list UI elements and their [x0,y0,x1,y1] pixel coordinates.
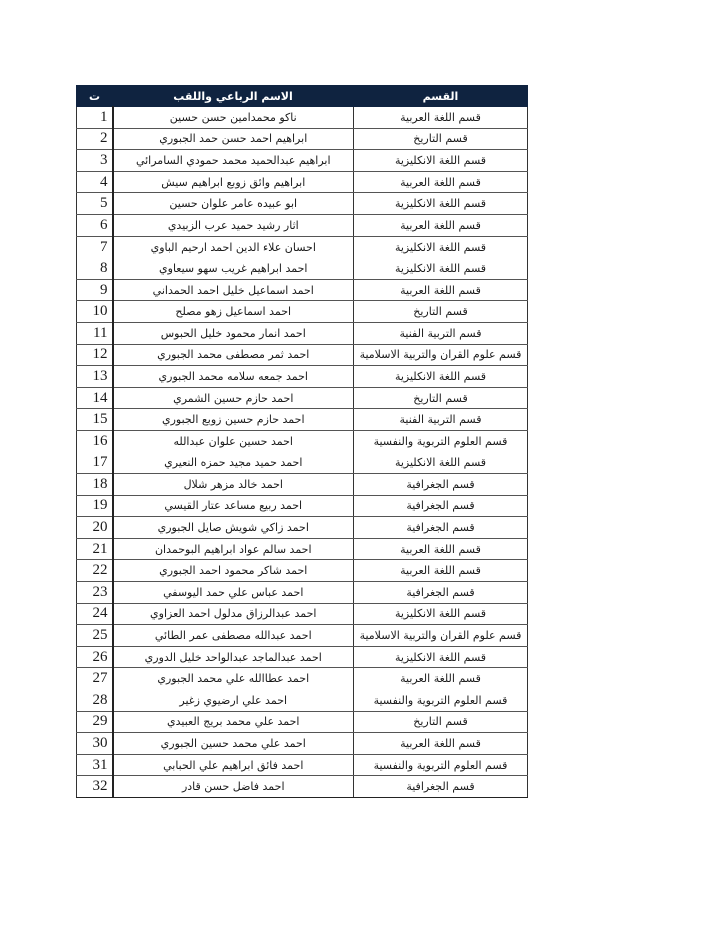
table-row: 23احمد عباس علي حمد اليوسفيقسم الجغرافية [77,582,528,604]
table-row: 24احمد عبدالرزاق مدلول احمد العزاويقسم ا… [77,603,528,625]
department: قسم العلوم التربوية والنفسية [354,754,528,776]
department: قسم التاريخ [354,128,528,150]
row-number: 3 [77,150,113,172]
student-name: احمد عباس علي حمد اليوسفي [113,582,354,604]
table-row: 11احمد انمار محمود خليل الحبوسقسم التربي… [77,322,528,344]
student-name: احمد علي محمد بريج العبيدي [113,711,354,733]
department: قسم اللغة الانكليزية [354,236,528,258]
students-table: ت الاسم الرباعي واللقب القسم 1ناكو محمدا… [76,85,528,798]
table-row: 31احمد فائق ابراهيم علي الحبابيقسم العلو… [77,754,528,776]
row-number: 7 [77,236,113,258]
table-row: 14احمد حازم حسين الشمريقسم التاريخ [77,387,528,409]
department: قسم الجغرافية [354,517,528,539]
row-number: 22 [77,560,113,582]
table-row: 1ناكو محمدامين حسن حسينقسم اللغة العربية [77,107,528,129]
department: قسم الجغرافية [354,582,528,604]
table-row: 16احمد حسين علوان عبداللهقسم العلوم التر… [77,430,528,452]
table-header: ت الاسم الرباعي واللقب القسم [77,86,528,107]
department: قسم اللغة الانكليزية [354,603,528,625]
row-number: 32 [77,776,113,798]
row-number: 20 [77,517,113,539]
row-number: 27 [77,668,113,690]
student-name: احمد انمار محمود خليل الحبوس [113,322,354,344]
row-number: 18 [77,474,113,496]
student-name: اثار رشيد حميد عرب الزبيدي [113,214,354,236]
student-name: احمد فائق ابراهيم علي الحبابي [113,754,354,776]
row-number: 5 [77,193,113,215]
department: قسم اللغة الانكليزية [354,258,528,280]
student-name: احمد عبدالرزاق مدلول احمد العزاوي [113,603,354,625]
table-row: 17احمد حميد مجيد حمزه النعيريقسم اللغة ا… [77,452,528,474]
table-row: 22احمد شاكر محمود احمد الجبوريقسم اللغة … [77,560,528,582]
row-number: 12 [77,344,113,366]
row-number: 21 [77,538,113,560]
table-row: 32احمد فاضل حسن قادرقسم الجغرافية [77,776,528,798]
student-name: احمد ابراهيم غريب سهو سيعاوي [113,258,354,280]
student-name: احمد جمعه سلامه محمد الجبوري [113,366,354,388]
row-number: 2 [77,128,113,150]
table-row: 9احمد اسماعيل خليل احمد الحمدانيقسم اللغ… [77,279,528,301]
table-row: 4ابراهيم وائق زوبع ابراهيم سيشقسم اللغة … [77,171,528,193]
table-row: 12احمد ثمر مصطفى محمد الجبوريقسم علوم ال… [77,344,528,366]
department: قسم اللغة العربية [354,171,528,193]
student-name: احمد اسماعيل زهو مصلح [113,301,354,323]
row-number: 8 [77,258,113,280]
row-number: 4 [77,171,113,193]
department: قسم اللغة الانكليزية [354,646,528,668]
row-number: 31 [77,754,113,776]
table-row: 18احمد خالد مزهر شلالقسم الجغرافية [77,474,528,496]
row-number: 17 [77,452,113,474]
row-number: 13 [77,366,113,388]
student-name: احمد علي محمد حسين الجبوري [113,733,354,755]
row-number: 19 [77,495,113,517]
department: قسم الجغرافية [354,495,528,517]
table-row: 29احمد علي محمد بريج العبيديقسم التاريخ [77,711,528,733]
header-number: ت [77,86,113,107]
table-row: 26احمد عبدالماجد عبدالواحد خليل الدوريقس… [77,646,528,668]
department: قسم اللغة العربية [354,279,528,301]
student-name: احمد علي ارضيوي زغير [113,690,354,712]
table-row: 10احمد اسماعيل زهو مصلحقسم التاريخ [77,301,528,323]
department: قسم التاريخ [354,301,528,323]
department: قسم اللغة الانكليزية [354,150,528,172]
row-number: 29 [77,711,113,733]
row-number: 14 [77,387,113,409]
department: قسم التاريخ [354,387,528,409]
student-name: احمد فاضل حسن قادر [113,776,354,798]
document-sheet: ت الاسم الرباعي واللقب القسم 1ناكو محمدا… [76,85,527,798]
department: قسم العلوم التربوية والنفسية [354,430,528,452]
department: قسم اللغة العربية [354,668,528,690]
header-row: ت الاسم الرباعي واللقب القسم [77,86,528,107]
department: قسم اللغة العربية [354,560,528,582]
table-row: 19احمد ربيع مساعد عتار القيسيقسم الجغراف… [77,495,528,517]
student-name: احمد حسين علوان عبدالله [113,430,354,452]
department: قسم التربية الفنية [354,322,528,344]
department: قسم اللغة العربية [354,733,528,755]
table-row: 21احمد سالم عواد ابراهيم البوحمدانقسم ال… [77,538,528,560]
student-name: احمد عبدالله مصطفى عمر الطائي [113,625,354,647]
department: قسم علوم القران والتربية الاسلامية [354,625,528,647]
department: قسم اللغة العربية [354,107,528,129]
student-name: ابراهيم عبدالحميد محمد حمودي السامرائي [113,150,354,172]
student-name: احمد حميد مجيد حمزه النعيري [113,452,354,474]
department: قسم اللغة العربية [354,538,528,560]
student-name: ابراهيم وائق زوبع ابراهيم سيش [113,171,354,193]
header-department: القسم [354,86,528,107]
student-name: احمد حازم حسين زوبع الجبوري [113,409,354,431]
student-name: احمد شاكر محمود احمد الجبوري [113,560,354,582]
student-name: احمد خالد مزهر شلال [113,474,354,496]
student-name: احمد سالم عواد ابراهيم البوحمدان [113,538,354,560]
row-number: 28 [77,690,113,712]
table-row: 5ابو عبيده عامر علوان حسينقسم اللغة الان… [77,193,528,215]
table-body: 1ناكو محمدامين حسن حسينقسم اللغة العربية… [77,107,528,798]
student-name: ابو عبيده عامر علوان حسين [113,193,354,215]
student-name: ناكو محمدامين حسن حسين [113,107,354,129]
student-name: احمد عطاالله علي محمد الجبوري [113,668,354,690]
student-name: احسان علاء الدين احمد ارحيم الباوي [113,236,354,258]
student-name: احمد اسماعيل خليل احمد الحمداني [113,279,354,301]
row-number: 26 [77,646,113,668]
student-name: ابراهيم احمد حسن حمد الجبوري [113,128,354,150]
row-number: 25 [77,625,113,647]
student-name: احمد عبدالماجد عبدالواحد خليل الدوري [113,646,354,668]
table-row: 13احمد جمعه سلامه محمد الجبوريقسم اللغة … [77,366,528,388]
row-number: 15 [77,409,113,431]
student-name: احمد حازم حسين الشمري [113,387,354,409]
department: قسم علوم القران والتربية الاسلامية [354,344,528,366]
department: قسم العلوم التربوية والنفسية [354,690,528,712]
row-number: 16 [77,430,113,452]
table-row: 30احمد علي محمد حسين الجبوريقسم اللغة ال… [77,733,528,755]
department: قسم اللغة الانكليزية [354,193,528,215]
student-name: احمد ثمر مصطفى محمد الجبوري [113,344,354,366]
row-number: 1 [77,107,113,129]
table-row: 27احمد عطاالله علي محمد الجبوريقسم اللغة… [77,668,528,690]
table-row: 3ابراهيم عبدالحميد محمد حمودي السامرائيق… [77,150,528,172]
department: قسم اللغة الانكليزية [354,452,528,474]
row-number: 10 [77,301,113,323]
table-row: 8احمد ابراهيم غريب سهو سيعاويقسم اللغة ا… [77,258,528,280]
header-name: الاسم الرباعي واللقب [113,86,354,107]
row-number: 9 [77,279,113,301]
row-number: 23 [77,582,113,604]
row-number: 6 [77,214,113,236]
department: قسم التربية الفنية [354,409,528,431]
department: قسم الجغرافية [354,474,528,496]
table-row: 2ابراهيم احمد حسن حمد الجبوريقسم التاريخ [77,128,528,150]
department: قسم اللغة الانكليزية [354,366,528,388]
table-row: 25احمد عبدالله مصطفى عمر الطائيقسم علوم … [77,625,528,647]
row-number: 30 [77,733,113,755]
table-row: 28احمد علي ارضيوي زغيرقسم العلوم التربوي… [77,690,528,712]
row-number: 24 [77,603,113,625]
department: قسم التاريخ [354,711,528,733]
student-name: احمد زاكي شويش صايل الجبوري [113,517,354,539]
table-row: 6اثار رشيد حميد عرب الزبيديقسم اللغة الع… [77,214,528,236]
department: قسم اللغة العربية [354,214,528,236]
department: قسم الجغرافية [354,776,528,798]
table-row: 20احمد زاكي شويش صايل الجبوريقسم الجغراف… [77,517,528,539]
student-name: احمد ربيع مساعد عتار القيسي [113,495,354,517]
table-row: 15احمد حازم حسين زوبع الجبوريقسم التربية… [77,409,528,431]
table-row: 7احسان علاء الدين احمد ارحيم الباويقسم ا… [77,236,528,258]
row-number: 11 [77,322,113,344]
